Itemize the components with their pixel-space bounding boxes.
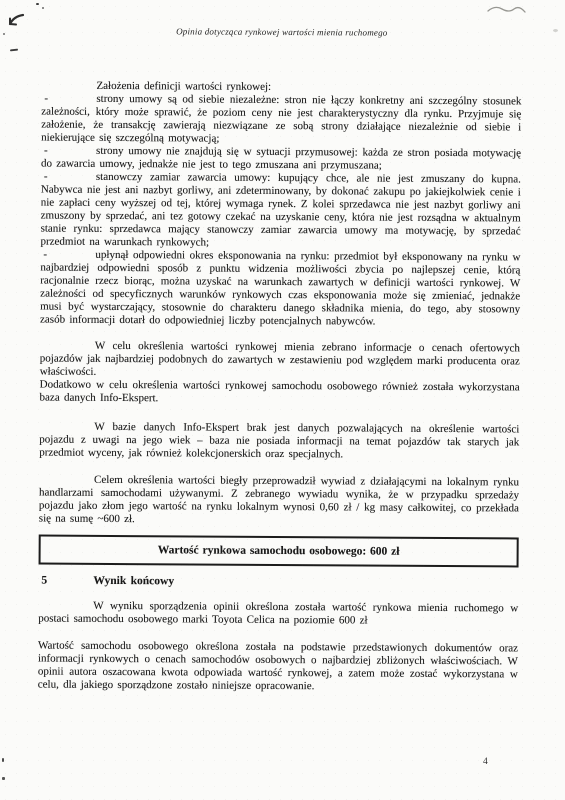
ink-speck	[36, 3, 39, 5]
ink-speck	[2, 758, 4, 762]
market-value-label: Wartość rynkowa samochodu osobowego: 600…	[47, 544, 511, 560]
paragraph-infoekspert-missing: W bazie danych Info-Ekspert brak jest da…	[39, 421, 519, 463]
bullet-item-independent-parties: - strony umowy są od siebie niezależne: …	[41, 93, 521, 148]
bullet-dash: -	[44, 93, 48, 106]
section-heading-final-result: 5 Wynik końcowy	[38, 575, 518, 591]
ink-dash-mark	[10, 49, 18, 52]
bullet-dash: -	[44, 171, 48, 184]
ink-speck	[2, 777, 5, 780]
section-number: 5	[41, 575, 47, 588]
running-header: Opinia dotycząca rynkowej wartości mieni…	[42, 26, 522, 39]
paragraph-offer-prices: W celu określenia wartości rynkowej mien…	[40, 340, 520, 382]
bullet-dash: -	[43, 249, 47, 262]
paragraph-conclusion: Wartość samochodu osobowego określona zo…	[38, 640, 518, 695]
paragraph-dealer-interview: Celem określenia wartości biegły przepro…	[39, 474, 519, 529]
bullet-text: upłynął odpowiedni okres eksponowania na…	[40, 249, 520, 328]
paragraph-result: W wyniku sporządzenia opinii określona z…	[38, 600, 518, 629]
ink-speck	[3, 33, 5, 35]
page-content: Opinia dotycząca rynkowej wartości mieni…	[38, 0, 522, 694]
section-title: Wynik końcowy	[93, 575, 174, 587]
bullet-item-market-exposure: - upłynął odpowiedni okres eksponowania …	[40, 249, 520, 330]
bullet-text: strony umowy są od siebie niezależne: st…	[41, 93, 521, 145]
bullet-dash: -	[44, 145, 48, 158]
paragraph-infoekspert-used: Dodatkowo w celu określenia wartości ryn…	[40, 379, 520, 408]
bullet-item-firm-intent: - stanowczy zamiar zawarcia umowy: kupuj…	[40, 171, 520, 252]
bullet-text: stanowczy zamiar zawarcia umowy: kupując…	[40, 171, 520, 249]
scan-smudge	[553, 29, 558, 32]
ink-scribble-mark	[5, 11, 31, 37]
market-value-box: Wartość rynkowa samochodu osobowego: 600…	[39, 535, 519, 568]
page-number: 4	[483, 757, 488, 767]
bullet-text: strony umowy nie znajdują się w sytuacji…	[41, 145, 521, 172]
bullet-item-no-compulsion: - strony umowy nie znajdują się w sytuac…	[41, 145, 521, 174]
scanned-document-page: Opinia dotycząca rynkowej wartości mieni…	[0, 0, 565, 800]
